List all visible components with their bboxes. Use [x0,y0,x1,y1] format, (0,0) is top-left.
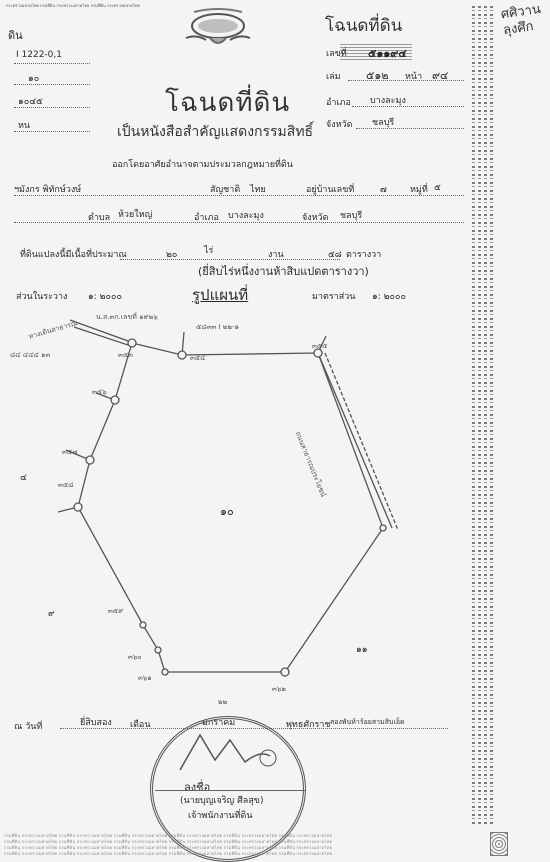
area-prefix: ที่ดินแปลงนี้มีเนื้อที่ประมาณ [20,247,127,261]
corner-pattern-icon [490,832,508,856]
document-subtitle: เป็นหนังสือสำคัญแสดงกรรมสิทธิ์ [117,121,313,143]
year-value: สองพันห้าร้อยสามสิบเอ็ด [330,717,405,728]
header-fine-print: กระทรวงมหาดไทย กรมที่ดิน กระทรวงมหาดไทย … [6,2,176,9]
adjacent-parcel-2: ๙ [48,606,55,620]
page-number: ๙๔ [432,66,448,84]
date-prefix: ณ วันที่ [14,719,42,733]
address-province-value: ชลบุรี [340,208,362,222]
marker-label: ๓๕๓ [118,350,133,361]
subdistrict-value: ห้วยใหญ่ [118,207,152,221]
seal-emblem-icon [170,730,280,780]
book-number: ๕๑๒ [366,66,389,84]
deed-no-label: เลขที่ [326,46,347,60]
left-header-label: ดิน [8,26,23,44]
marker-label: ๓๕๔ [190,353,205,364]
margin-handwritten-note: ศศิวาน ลุงศึก [500,1,550,39]
marker-label: ๓๕๘ [58,480,73,491]
adjacent-parcel-4: ๒๒ [218,697,227,708]
marker-label: ๓๕๕ [312,341,327,352]
garuda-emblem-icon [176,8,260,48]
sheet-ref: I 1222-0,1 [16,50,62,60]
map-sheet-ref-top: น.ส.๓ก.เลขที่ ๑๙๒๖ [96,312,158,323]
date-day: ยี่สิบสอง [80,715,112,729]
map-left-noise: ๘๔ ๔๔๔ ๑๓ [10,350,50,361]
book-label: เล่ม [326,69,341,83]
right-header-title: โฉนดที่ดิน [325,12,402,39]
house-no-label: อยู่บ้านเลขที่ [306,182,354,196]
adjacent-parcel-1: ๔ [20,470,27,484]
house-no-value: ๗ [380,182,387,196]
unit-label: หน [18,118,30,132]
official-name: (นายบุญเจริญ ศีลสุข) [180,793,263,807]
area-in-words: (ยี่สิบไร่หนึ่งงานห้าสิบแปดตารางวา) [198,262,369,280]
nationality-value: ไทย [250,182,266,196]
marker-label: ๓๖๑ [138,673,152,684]
marker-label: ๓๕๗ [62,447,77,458]
nationality-label: สัญชาติ [210,182,240,196]
moo-label: หมู่ที่ [410,182,428,196]
district-value: บางละมุง [370,93,406,107]
province-value: ชลบุรี [372,115,394,129]
deed-number: ๕๑๑๙๔ [368,44,407,62]
moo-value: ๕ [434,180,441,194]
adjacent-parcel-3: ๑๑ [356,642,367,656]
district-label: อำเภอ [326,95,351,109]
parcel-number: ๑๐๔๕ [18,94,43,108]
parcel-map [0,300,470,720]
marker-label: ๓๕๖ [92,387,107,398]
wa-label: ตารางวา [346,247,381,261]
document-title: โฉนดที่ดิน [165,82,290,123]
marker-label: ๓๖๐ [128,652,142,663]
official-title: เจ้าพนักงานที่ดิน [188,808,252,822]
marker-label: ๓๕๙ [108,606,123,617]
province-label: จังหวัด [326,117,353,131]
rai-label: ไร่ [204,243,213,257]
left-number: ๑๐ [28,71,39,85]
address-district-value: บางละมุง [228,208,264,222]
parcel-center-number: ๑๐ [220,502,234,520]
map-sheet-ref-right: ๕๘๓๓ I ๒๒-๑ [196,322,239,333]
marker-label: ๓๖๒ [272,684,286,695]
owner-name: ฯมังกร พิทักษ์วงษ์ [14,182,81,196]
issued-by: ออกโดยอาศัยอำนาจตามประมวลกฎหมายที่ดิน [112,157,293,171]
bottom-fine-print-4: กรมที่ดิน กระทรวงมหาดไทย กรมที่ดิน กระทร… [4,851,490,857]
